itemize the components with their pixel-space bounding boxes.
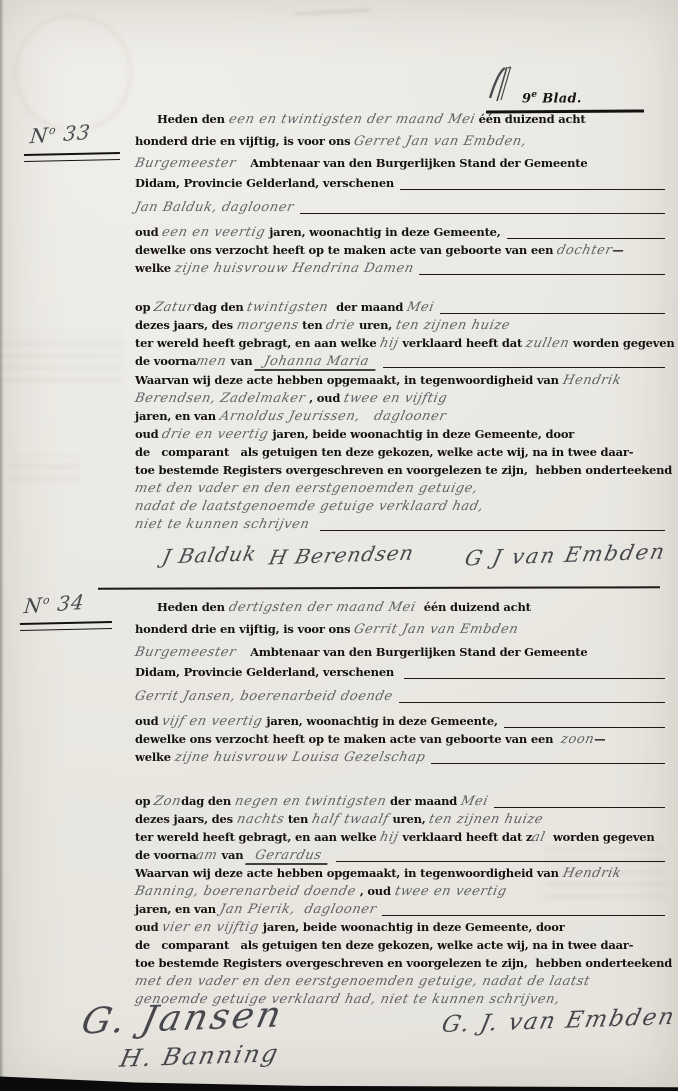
act-number-33-underline: [24, 152, 120, 162]
handwritten-text: dochter: [555, 243, 613, 258]
handwritten-text: Berendsen, Zadelmaker: [133, 391, 306, 406]
fill-rule: [399, 702, 665, 703]
printed-text: oud: [135, 225, 162, 239]
document-line: de comparant als getuigen ten deze gekoz…: [135, 445, 665, 463]
bleed-through-ghost: [0, 332, 122, 390]
handwritten-text: Zatur: [153, 300, 196, 315]
document-line: Burgemeester Ambtenaar van den Burgerlij…: [135, 645, 665, 663]
printed-text: , oud: [305, 391, 344, 405]
printed-text: dewelke ons verzocht heeft op te maken a…: [135, 243, 557, 257]
printed-text: ter wereld heeft gebragt, en aan welke: [135, 336, 380, 350]
printed-text: de comparant als getuigen ten deze gekoz…: [135, 445, 633, 459]
handwritten-text: zoon: [559, 732, 595, 747]
birth-act-34: Heden den dertigsten der maand Mei één d…: [135, 600, 665, 1091]
fill-rule: [383, 367, 665, 368]
bleed-through-ghost: [10, 455, 80, 489]
sheet-header: 9e Blad.: [486, 66, 644, 113]
printed-text: der maand: [329, 300, 408, 314]
signature-father: J Balduk: [160, 541, 259, 568]
document-line: Banning, boerenarbeid doende , oud twee …: [135, 884, 665, 902]
fill-rule: [382, 915, 665, 916]
handwritten-text: ten zijnen huize: [428, 812, 545, 827]
document-line: Jan Balduk, daglooner: [135, 200, 665, 218]
document-line: ter wereld heeft gebragt, en aan welke h…: [135, 336, 665, 354]
printed-text: de voorna: [135, 354, 196, 368]
document-line: op Zaturdag den twintigsten der maand Me…: [135, 300, 665, 318]
printed-text: één duizend acht: [420, 600, 531, 614]
printed-text: verklaard heeft dat z: [399, 830, 533, 844]
printed-text: Waarvan wij deze acte hebben opgemaakt, …: [135, 373, 563, 387]
document-line: welke zijne huisvrouw Hendrina Damen: [135, 261, 665, 279]
document-line: Berendsen, Zadelmaker , oud twee en vijf…: [135, 391, 665, 409]
printed-text: Heden den: [157, 112, 229, 126]
printed-text: Ambtenaar van den Burgerlijken Stand der…: [250, 645, 587, 659]
signature-witness: H Berendsen: [267, 541, 417, 570]
handwritten-text: twintigsten: [246, 300, 330, 315]
handwritten-text: men: [195, 354, 228, 369]
printed-text: Didam, Provincie Gelderland, verschenen: [135, 176, 394, 190]
printed-text: welke: [135, 261, 175, 275]
printed-text: dewelke ons verzocht heeft op te maken a…: [135, 732, 561, 746]
printed-text: —: [594, 732, 605, 746]
printed-text: van: [227, 354, 257, 368]
printed-text: oud: [135, 920, 162, 934]
document-line: de voornamen van Johanna Maria: [135, 354, 665, 372]
document-line: Waarvan wij deze acte hebben opgemaakt, …: [135, 373, 665, 391]
handwritten-text: twee en veertig: [393, 884, 508, 899]
printed-text: dag den: [194, 300, 248, 314]
printed-text: oud: [135, 427, 162, 441]
document-line: de voornaam van Gerardus: [135, 848, 665, 866]
handwritten-text: Gerrit Jan van Embden: [353, 622, 520, 637]
handwritten-text: Burgemeester: [133, 156, 251, 171]
document-line: Waarvan wij deze acte hebben opgemaakt, …: [135, 866, 665, 884]
scanned-document-page: 9e Blad. No 33 No 34 Heden den een en tw…: [0, 0, 678, 1091]
printed-text: der maand: [386, 794, 461, 808]
handwritten-text: Gerrit Jansen, boerenarbeid doende: [133, 689, 394, 704]
printed-text: worden gegeven: [545, 830, 654, 844]
handwritten-text: negen en twintigsten: [233, 794, 388, 809]
printed-text: Ambtenaar van den Burgerlijken Stand der…: [250, 156, 587, 170]
signature-registrar: G J van Embden: [462, 540, 668, 571]
document-line: oud vier en vijftig jaren, beide woonach…: [135, 920, 665, 938]
fill-rule: [300, 213, 665, 214]
document-line: jaren, en van Arnoldus Jeurissen, dagloo…: [135, 409, 665, 427]
printed-text: één duizend acht: [475, 112, 586, 126]
printed-text: jaren, en van: [135, 902, 220, 916]
printed-text: welke: [135, 750, 175, 764]
handwritten-text: zijne huisvrouw Louisa Gezelschap: [173, 750, 427, 765]
handwritten-text: een en twintigsten der maand Mei: [227, 112, 476, 127]
printed-text: Didam, Provincie Gelderland, verschenen: [135, 665, 398, 679]
document-line: dewelke ons verzocht heeft op te maken a…: [135, 243, 665, 261]
act-number-33: No 33: [29, 120, 92, 148]
handwritten-text: drie en veertig: [161, 427, 271, 442]
document-line: Burgemeester Ambtenaar van den Burgerlij…: [135, 156, 665, 174]
act-lines: Heden den dertigsten der maand Mei één d…: [135, 600, 665, 1010]
handwritten-text: hij: [379, 830, 401, 845]
embossed-stamp-circle: [14, 14, 132, 132]
printed-text: jaren, woonachtig in deze Gemeente,: [263, 714, 498, 728]
printed-text: worden gegeven: [569, 336, 674, 350]
document-line: nadat de laatstgenoemde getuige verklaar…: [135, 499, 665, 517]
fill-rule: [431, 763, 665, 764]
printed-text: de comparant als getuigen ten deze gekoz…: [135, 938, 633, 952]
handwritten-text: vier en vijftig: [161, 920, 261, 935]
document-line: ter wereld heeft gebragt, en aan welke h…: [135, 830, 665, 848]
handwritten-text: Gerardus: [245, 848, 331, 865]
printed-text: op: [135, 300, 154, 314]
handwritten-text: nachts: [235, 812, 285, 827]
printed-text: jaren, beide woonachtig in deze Gemeente…: [269, 427, 575, 441]
handwritten-text: Gerret Jan van Embden,: [353, 134, 529, 149]
printed-text: Heden den: [157, 600, 229, 614]
document-line: oud vijf en veertig jaren, woonachtig in…: [135, 714, 665, 732]
signature-witness: H. Banning: [117, 1039, 282, 1072]
fill-rule: [507, 238, 665, 239]
fill-rule: [400, 189, 665, 190]
printed-text: ten: [298, 318, 326, 332]
handwritten-text: Mei: [405, 300, 435, 315]
document-line: dezes jaars, des morgens ten drie uren, …: [135, 318, 665, 336]
handwritten-text: Zon: [153, 794, 183, 809]
document-line: honderd drie en vijftig, is voor ons Ger…: [135, 622, 665, 640]
document-line: de comparant als getuigen ten deze gekoz…: [135, 938, 665, 956]
printed-text: dezes jaars, des: [135, 812, 237, 826]
fill-rule: [494, 807, 665, 808]
no-flourish-icon: [486, 66, 516, 106]
printed-text: ter wereld heeft gebragt, en aan welke: [135, 830, 380, 844]
handwritten-text: Johanna Maria: [254, 354, 378, 371]
printed-text: Waarvan wij deze acte hebben opgemaakt, …: [135, 866, 563, 880]
document-line: op Zondag den negen en twintigsten der m…: [135, 794, 665, 812]
document-line: dezes jaars, des nachts ten half twaalf …: [135, 812, 665, 830]
document-line: oud een en veertig jaren, woonachtig in …: [135, 225, 665, 243]
printed-text: honderd drie en vijftig, is voor ons: [135, 622, 354, 636]
handwritten-text: twee en vijftig: [342, 391, 448, 406]
document-line: honderd drie en vijftig, is voor ons Ger…: [135, 134, 665, 152]
handwritten-text: niet te kunnen schrijven: [133, 517, 315, 532]
fill-rule: [336, 861, 665, 862]
sheet-label: 9e Blad.: [522, 90, 582, 106]
handwritten-text: Hendrik: [561, 866, 622, 881]
fill-rule: [320, 530, 665, 531]
handwritten-text: nadat de laatstgenoemde getuige verklaar…: [133, 499, 485, 514]
pencil-smudge: [295, 0, 371, 15]
handwritten-text: Mei: [459, 794, 489, 809]
printed-text: uren,: [389, 812, 430, 826]
handwritten-text: Jan Pierik, daglooner: [218, 902, 378, 917]
handwritten-text: zijne huisvrouw Hendrina Damen: [173, 261, 415, 276]
printed-text: van: [218, 848, 248, 862]
act-number-34: No 34: [23, 590, 86, 618]
printed-text: jaren, en van: [135, 409, 220, 423]
fill-rule: [404, 678, 665, 679]
document-line: jaren, en van Jan Pierik, daglooner: [135, 902, 665, 920]
document-line: Gerrit Jansen, boerenarbeid doende: [135, 689, 665, 707]
printed-text: op: [135, 794, 154, 808]
document-line: welke zijne huisvrouw Louisa Gezelschap: [135, 750, 665, 768]
handwritten-text: hij: [379, 336, 401, 351]
fill-rule: [419, 274, 665, 275]
handwritten-text: drie: [325, 318, 357, 333]
document-line: dewelke ons verzocht heeft op te maken a…: [135, 732, 665, 750]
printed-text: —: [612, 243, 623, 257]
handwritten-text: Banning, boerenarbeid doende: [133, 884, 357, 899]
handwritten-text: een en veertig: [161, 225, 267, 240]
document-line: oud drie en veertig jaren, beide woonach…: [135, 427, 665, 445]
printed-text: de voorna: [135, 848, 196, 862]
printed-text: verklaard heeft dat: [399, 336, 526, 350]
printed-text: toe bestemde Registers overgeschreven en…: [135, 463, 672, 477]
printed-text: honderd drie en vijftig, is voor ons: [135, 134, 354, 148]
document-line: niet te kunnen schrijven: [135, 517, 665, 535]
printed-text: oud: [135, 714, 162, 728]
handwritten-text: Jan Balduk, daglooner: [133, 200, 295, 215]
document-line: toe bestemde Registers overgeschreven en…: [135, 956, 665, 974]
document-line: Heden den een en twintigsten der maand M…: [135, 112, 665, 130]
handwritten-text: vijf en veertig: [161, 714, 265, 729]
printed-text: uren,: [355, 318, 396, 332]
printed-text: jaren, beide woonachtig in deze Gemeente…: [259, 920, 565, 934]
printed-text: , oud: [356, 884, 395, 898]
scan-left-edge: [0, 0, 4, 1091]
act-separator-line: [98, 586, 660, 589]
handwritten-text: met den vader en den eerstgenoemden getu…: [133, 974, 591, 989]
document-line: toe bestemde Registers overgeschreven en…: [135, 463, 665, 481]
document-line: met den vader en den eerstgenoemden getu…: [135, 974, 665, 992]
printed-text: dag den: [181, 794, 235, 808]
handwritten-text: half twaalf: [310, 812, 390, 827]
fill-rule: [440, 313, 665, 314]
handwritten-text: Arnoldus Jeurissen, daglooner: [218, 409, 447, 424]
printed-text: dezes jaars, des: [135, 318, 237, 332]
signature-father: G. Jansen: [78, 995, 288, 1043]
document-line: Didam, Provincie Gelderland, verschenen: [135, 665, 665, 683]
birth-act-33: Heden den een en twintigsten der maand M…: [135, 112, 665, 567]
signature-row: J Balduk H Berendsen G J van Embden: [135, 543, 665, 567]
handwritten-text: dertigsten der maand Mei: [227, 600, 422, 615]
handwritten-text: zullen: [524, 336, 570, 351]
handwritten-text: am: [195, 848, 219, 863]
fill-rule: [504, 727, 665, 728]
act-lines: Heden den een en twintigsten der maand M…: [135, 112, 665, 535]
handwritten-text: morgens: [235, 318, 300, 333]
document-line: Heden den dertigsten der maand Mei één d…: [135, 600, 665, 618]
printed-text: jaren, woonachtig in deze Gemeente,: [265, 225, 500, 239]
document-line: Didam, Provincie Gelderland, verschenen: [135, 176, 665, 194]
printed-text: ten: [284, 812, 312, 826]
handwritten-text: Hendrik: [561, 373, 622, 388]
act-number-34-underline: [20, 621, 112, 631]
handwritten-text: Burgemeester: [133, 645, 251, 660]
handwritten-text: met den vader en den eerstgenoemden getu…: [133, 481, 479, 496]
document-line: met den vader en den eerstgenoemden getu…: [135, 481, 665, 499]
handwritten-text: ten zijnen huize: [394, 318, 511, 333]
printed-text: toe bestemde Registers overgeschreven en…: [135, 956, 672, 970]
